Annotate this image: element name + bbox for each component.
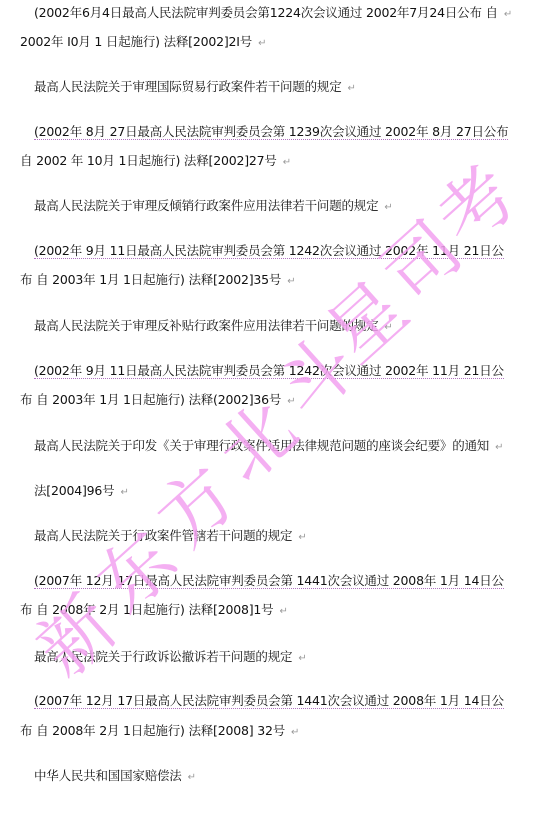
line-text: 布 自 2008年 2月 1日起施行) 法释[2008] 32号 bbox=[20, 723, 285, 738]
doc-heading-anti-subsidy: 最高人民法院关于审理反补贴行政案件应用法律若干问题的规定↵ bbox=[34, 318, 540, 336]
doc-line-11: 布 自 2003年 1月 1日起施行) 法释(2002]36号↵ bbox=[20, 392, 540, 410]
line-text: 布 自 2003年 1月 1日起施行) 法释(2002]36号 bbox=[20, 392, 281, 407]
line-text: (2007年 12月 17日最高人民法院审判委员会第 1441次会议通过 200… bbox=[34, 693, 504, 709]
line-text: (2002年6月4日最高人民法院审判委员会第1224次会议通过 2002年7月2… bbox=[34, 5, 498, 20]
line-text: (2002年 8月 27日最高人民法院审判委员会第 1239次会议通过 2002… bbox=[34, 124, 508, 140]
doc-heading-jurisdiction: 最高人民法院关于行政案件管辖若干问题的规定↵ bbox=[34, 528, 540, 546]
doc-heading-withdrawal: 最高人民法院关于行政诉讼撤诉若干问题的规定↵ bbox=[34, 649, 540, 667]
line-text: 最高人民法院关于印发《关于审理行政案件适用法律规范问题的座谈会纪要》的通知 bbox=[34, 438, 489, 453]
line-text: (2002年 9月 11日最高人民法院审判委员会第 1242次会议通过 2002… bbox=[34, 243, 504, 259]
doc-line-19: 布 自 2008年 2月 1日起施行) 法释[2008] 32号↵ bbox=[20, 723, 540, 741]
doc-line-5: 自 2002 年 10月 1日起施行) 法释[2002]27号↵ bbox=[20, 153, 540, 171]
doc-line-8: 布 自 2003年 1月 1日起施行) 法释[2002]35号↵ bbox=[20, 272, 540, 290]
line-text: 布 自 2003年 1月 1日起施行) 法释[2002]35号 bbox=[20, 272, 281, 287]
paragraph-mark-icon: ↵ bbox=[384, 322, 392, 333]
doc-line-7: (2002年 9月 11日最高人民法院审判委员会第 1242次会议通过 2002… bbox=[34, 243, 540, 259]
doc-line-10: (2002年 9月 11日最高人民法院审判委员会第 1242次会议通过 2002… bbox=[34, 363, 540, 379]
paragraph-mark-icon: ↵ bbox=[120, 487, 128, 498]
doc-line-1: (2002年6月4日最高人民法院审判委员会第1224次会议通过 2002年7月2… bbox=[34, 5, 540, 23]
paragraph-mark-icon: ↵ bbox=[504, 9, 512, 20]
line-text: 最高人民法院关于审理反补贴行政案件应用法律若干问题的规定 bbox=[34, 318, 378, 333]
document-page: (2002年6月4日最高人民法院审判委员会第1224次会议通过 2002年7月2… bbox=[0, 0, 550, 817]
paragraph-mark-icon: ↵ bbox=[298, 653, 306, 664]
paragraph-mark-icon: ↵ bbox=[279, 606, 287, 617]
doc-line-2: 2002年 I0月 1 日起施行) 法释[2002]2I号↵ bbox=[20, 34, 540, 52]
line-text: 中华人民共和国国家赔偿法 bbox=[34, 768, 182, 783]
paragraph-mark-icon: ↵ bbox=[258, 38, 266, 49]
line-text: 2002年 I0月 1 日起施行) 法释[2002]2I号 bbox=[20, 34, 252, 49]
paragraph-mark-icon: ↵ bbox=[291, 727, 299, 738]
line-text: 最高人民法院关于审理反倾销行政案件应用法律若干问题的规定 bbox=[34, 198, 378, 213]
doc-heading-anti-dumping: 最高人民法院关于审理反倾销行政案件应用法律若干问题的规定↵ bbox=[34, 198, 540, 216]
doc-heading-state-compensation-law: 中华人民共和国国家赔偿法↵ bbox=[34, 768, 540, 786]
paragraph-mark-icon: ↵ bbox=[384, 202, 392, 213]
doc-line-15: (2007年 12月 17日最高人民法院审判委员会第 1441次会议通过 200… bbox=[34, 573, 540, 589]
paragraph-mark-icon: ↵ bbox=[188, 772, 196, 783]
doc-heading-intl-trade: 最高人民法院关于审理国际贸易行政案件若干问题的规定↵ bbox=[34, 79, 540, 97]
paragraph-mark-icon: ↵ bbox=[298, 532, 306, 543]
line-text: 自 2002 年 10月 1日起施行) 法释[2002]27号 bbox=[20, 153, 277, 168]
paragraph-mark-icon: ↵ bbox=[287, 276, 295, 287]
line-text: 最高人民法院关于行政诉讼撤诉若干问题的规定 bbox=[34, 649, 292, 664]
paragraph-mark-icon: ↵ bbox=[495, 442, 503, 453]
line-text: 法[2004]96号 bbox=[34, 483, 114, 498]
doc-line-18: (2007年 12月 17日最高人民法院审判委员会第 1441次会议通过 200… bbox=[34, 693, 540, 709]
doc-line-16: 布 自 2008年 2月 1日起施行) 法释[2008]1号↵ bbox=[20, 602, 540, 620]
line-text: (2002年 9月 11日最高人民法院审判委员会第 1242次会议通过 2002… bbox=[34, 363, 504, 379]
doc-line-4: (2002年 8月 27日最高人民法院审判委员会第 1239次会议通过 2002… bbox=[34, 124, 540, 140]
paragraph-mark-icon: ↵ bbox=[348, 83, 356, 94]
line-text: 最高人民法院关于行政案件管辖若干问题的规定 bbox=[34, 528, 292, 543]
line-text: 布 自 2008年 2月 1日起施行) 法释[2008]1号 bbox=[20, 602, 273, 617]
doc-line-13: 法[2004]96号↵ bbox=[34, 483, 540, 501]
paragraph-mark-icon: ↵ bbox=[283, 157, 291, 168]
line-text: 最高人民法院关于审理国际贸易行政案件若干问题的规定 bbox=[34, 79, 342, 94]
line-text: (2007年 12月 17日最高人民法院审判委员会第 1441次会议通过 200… bbox=[34, 573, 504, 589]
paragraph-mark-icon: ↵ bbox=[287, 396, 295, 407]
doc-heading-symposium-notice: 最高人民法院关于印发《关于审理行政案件适用法律规范问题的座谈会纪要》的通知↵ bbox=[34, 438, 540, 456]
